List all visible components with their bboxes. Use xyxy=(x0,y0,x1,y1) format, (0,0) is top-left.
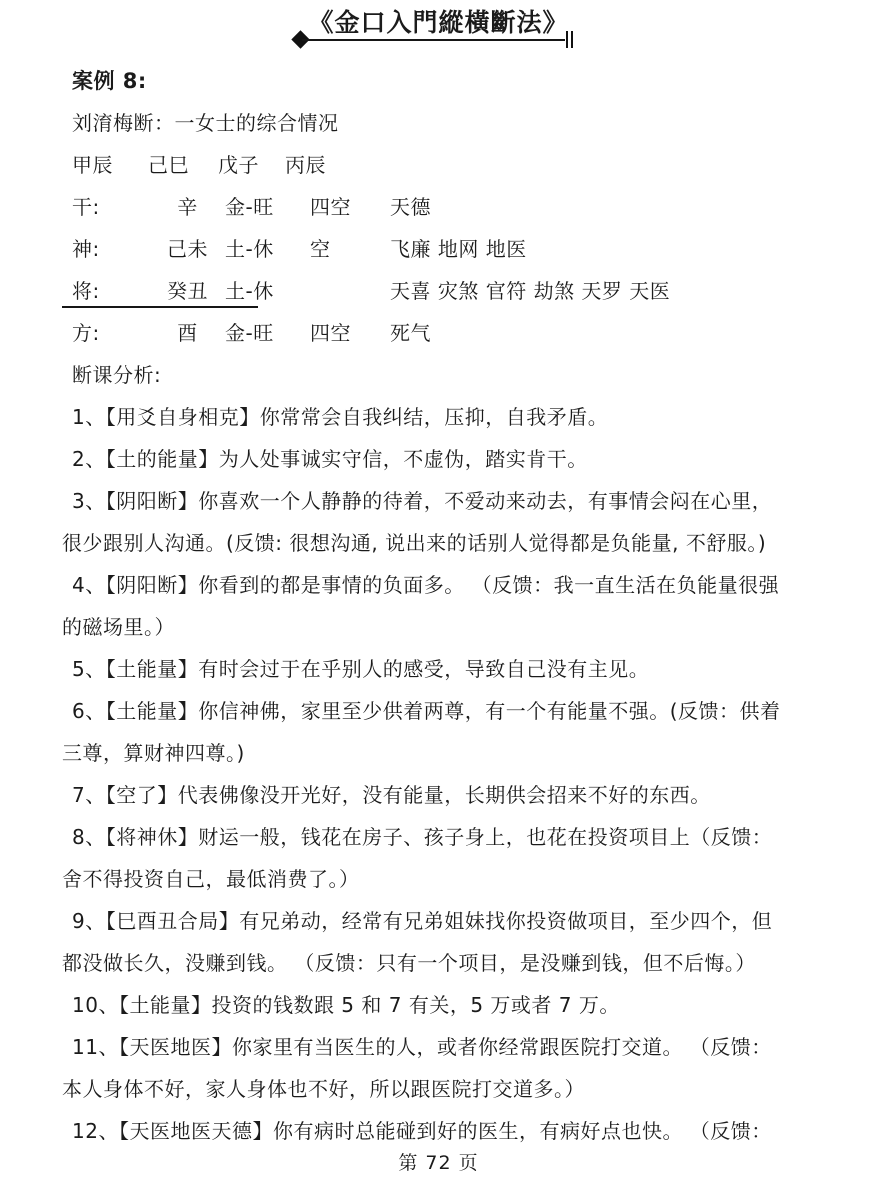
analysis-line-9: 9、【巳酉丑合局】有兄弟动，经常有兄弟姐妹找你投资做项目，至少四个，但 xyxy=(62,900,837,942)
row-kong: 空 xyxy=(310,228,390,270)
row-stars: 飞廉 地网 地医 xyxy=(390,228,837,270)
analysis-line-1: 1、【用爻自身相克】你常常会自我纠结，压抑，自我矛盾。 xyxy=(62,396,837,438)
pillar-hour: 丙辰 xyxy=(285,144,326,186)
table-row-gan: 干: 辛 金-旺 四空 天德 xyxy=(62,186,837,228)
table-row-shen: 神: 己未 土-休 空 飞廉 地网 地医 xyxy=(62,228,837,270)
analysis-line-6-cont: 三尊，算财神四尊。) xyxy=(62,732,837,774)
row-stars: 死气 xyxy=(390,312,837,354)
row-label: 干: xyxy=(72,186,150,228)
row-label: 方: xyxy=(72,312,150,354)
analysis-line-5: 5、【土能量】有时会过于在乎别人的感受，导致自己没有主见。 xyxy=(62,648,837,690)
analysis-line-4: 4、【阴阳断】你看到的都是事情的负面多。 （反馈：我一直生活在负能量很强 xyxy=(62,564,837,606)
jiang-row-underline xyxy=(62,306,258,308)
analysis-line-7: 7、【空了】代表佛像没开光好，没有能量，长期供会招来不好的东西。 xyxy=(62,774,837,816)
row-branch: 辛 xyxy=(150,186,225,228)
row-kong xyxy=(310,270,390,312)
table-row-jiang: 将: 癸丑 土-休 天喜 灾煞 官符 劫煞 天罗 天医 xyxy=(62,270,837,312)
analysis-heading: 断课分析: xyxy=(62,354,837,396)
analysis-line-9-cont: 都没做长久，没赚到钱。 （反馈：只有一个项目，是没赚到钱，但不后悔。） xyxy=(62,942,837,984)
page-header: 《金口入門縱橫斷法》 xyxy=(308,8,568,54)
row-branch: 己未 xyxy=(150,228,225,270)
page-number: 第 72 页 xyxy=(0,1148,877,1175)
analysis-line-8: 8、【将神休】财运一般，钱花在房子、孩子身上，也花在投资项目上（反馈： xyxy=(62,816,837,858)
pillar-month: 己巳 xyxy=(148,144,218,186)
pillar-year: 甲辰 xyxy=(72,144,148,186)
analysis-line-10: 10、【土能量】投资的钱数跟 5 和 7 有关，5 万或者 7 万。 xyxy=(62,984,837,1026)
row-branch: 酉 xyxy=(150,312,225,354)
analysis-line-12: 12、【天医地医天德】你有病时总能碰到好的医生，有病好点也快。 （反馈： xyxy=(62,1110,837,1152)
row-kong: 四空 xyxy=(310,312,390,354)
analysis-line-4-cont: 的磁场里。） xyxy=(62,606,837,648)
analysis-line-2: 2、【土的能量】为人处事诚实守信，不虚伪，踏实肯干。 xyxy=(62,438,837,480)
document-page: 《金口入門縱橫斷法》 案例 8: 刘淯梅断：一女士的综合情况 甲辰 己巳 戊子 … xyxy=(0,0,877,1189)
case-subject: 刘淯梅断：一女士的综合情况 xyxy=(62,102,837,144)
row-stars: 天喜 灾煞 官符 劫煞 天罗 天医 xyxy=(390,270,837,312)
row-kong: 四空 xyxy=(310,186,390,228)
pillar-day: 戊子 xyxy=(218,144,285,186)
analysis-line-3: 3、【阴阳断】你喜欢一个人静静的待着，不爱动来动去，有事情会闷在心里， xyxy=(62,480,837,522)
analysis-line-8-cont: 舍不得投资自己，最低消费了。） xyxy=(62,858,837,900)
row-element: 金-旺 xyxy=(225,312,310,354)
header-line xyxy=(302,39,564,41)
table-row-fang: 方: 酉 金-旺 四空 死气 xyxy=(62,312,837,354)
case-heading: 案例 8: xyxy=(62,60,837,102)
pillars-row: 甲辰 己巳 戊子 丙辰 xyxy=(62,144,837,186)
row-stars: 天德 xyxy=(390,186,837,228)
analysis-line-3-cont: 很少跟别人沟通。(反馈: 很想沟通, 说出来的话别人觉得都是负能量, 不舒服。) xyxy=(62,522,837,564)
row-label: 神: xyxy=(72,228,150,270)
document-body: 案例 8: 刘淯梅断：一女士的综合情况 甲辰 己巳 戊子 丙辰 干: 辛 金-旺… xyxy=(0,60,877,1152)
analysis-line-11: 11、【天医地医】你家里有当医生的人，或者你经常跟医院打交道。 （反馈： xyxy=(62,1026,837,1068)
row-element: 土-休 xyxy=(225,228,310,270)
analysis-line-6: 6、【土能量】你信神佛，家里至少供着两尊，有一个有能量不强。(反馈：供着 xyxy=(62,690,837,732)
double-bar-icon xyxy=(566,31,573,48)
analysis-line-11-cont: 本人身体不好，家人身体也不好，所以跟医院打交道多。） xyxy=(62,1068,837,1110)
book-title: 《金口入門縱橫斷法》 xyxy=(308,8,568,38)
row-element: 金-旺 xyxy=(225,186,310,228)
